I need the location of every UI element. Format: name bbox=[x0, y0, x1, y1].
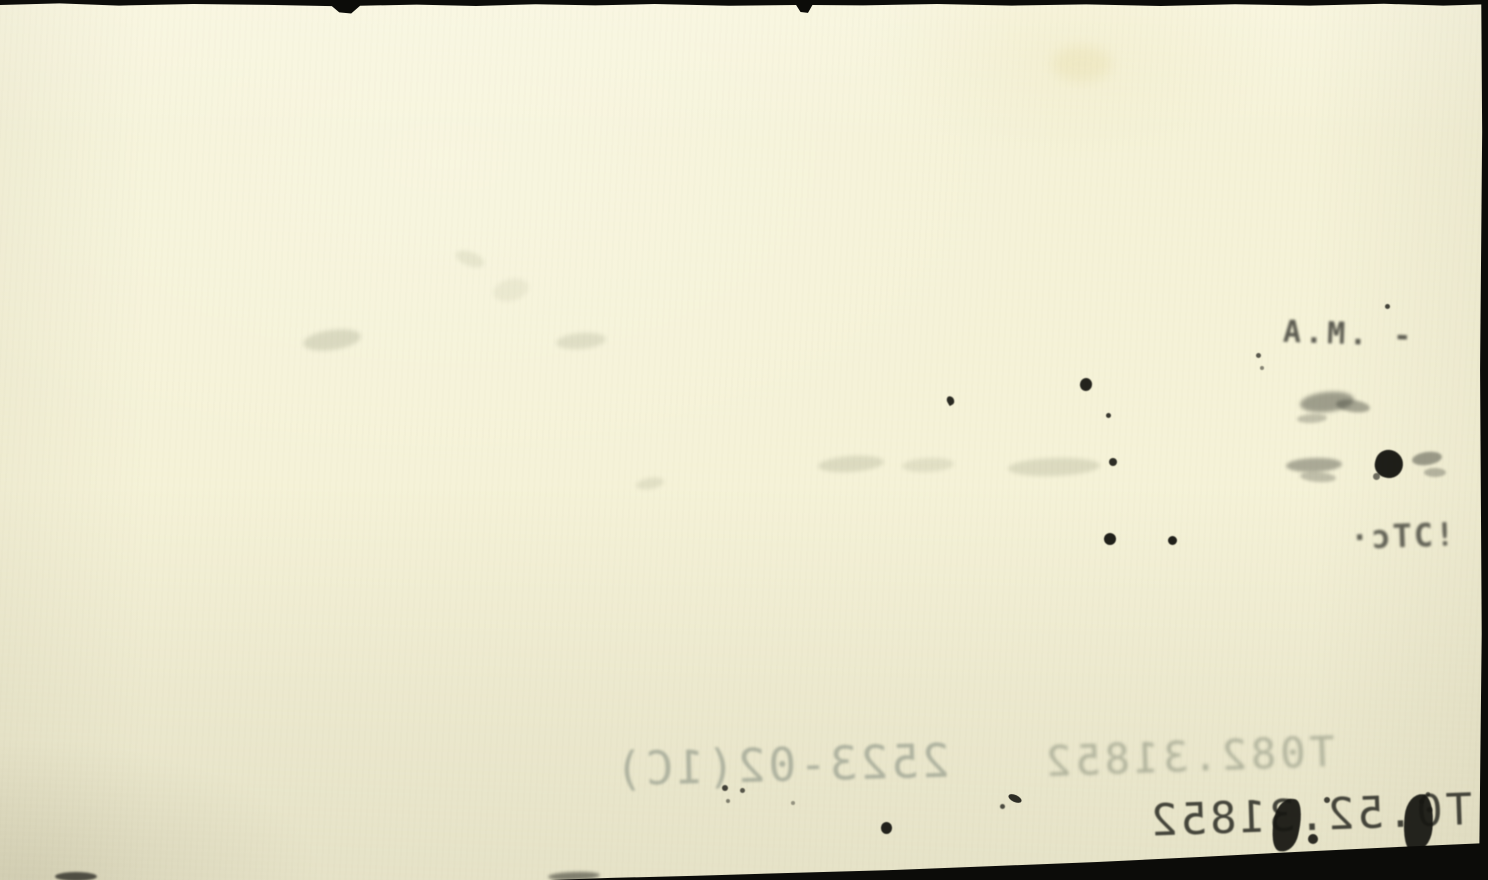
smudge-mid-a bbox=[818, 454, 885, 475]
bleed-number-upper-right: T082.31852 bbox=[1041, 731, 1335, 783]
ink-dot bbox=[1324, 797, 1330, 803]
smudge-mid-d bbox=[635, 476, 664, 492]
smudge-left-a bbox=[302, 326, 362, 354]
ink-dot bbox=[1308, 834, 1318, 844]
ink-dot bbox=[791, 801, 795, 805]
ink-dot bbox=[1373, 473, 1380, 480]
stain-yellow-top bbox=[1052, 46, 1112, 82]
smudge-am-line3-a bbox=[1286, 457, 1342, 473]
smudge-left-b bbox=[555, 331, 606, 351]
ink-dot bbox=[1385, 304, 1390, 309]
smudge-mid-b bbox=[902, 457, 955, 474]
ink-dot bbox=[740, 788, 745, 793]
smudge-dash-blob bbox=[1007, 792, 1023, 804]
smudge-specks-b bbox=[491, 275, 531, 306]
scanner-background: { "scan": { "palette": { "paper": "#f5f2… bbox=[0, 0, 1488, 880]
bleed-number-center: 2523-02(1C) bbox=[611, 738, 950, 793]
ink-dot bbox=[1104, 533, 1116, 545]
ink-dot bbox=[1079, 377, 1093, 392]
marks-layer: A.M. -·ɔTC!2523-02(1C)T082.31852T0.52.31… bbox=[0, 0, 1488, 880]
ink-dot bbox=[1109, 458, 1117, 466]
smudge-am-line2-c bbox=[1297, 413, 1327, 424]
ink-dot bbox=[881, 822, 892, 834]
smudge-am-line3-b bbox=[1300, 471, 1337, 483]
smudge-mid-c bbox=[1008, 456, 1101, 477]
smudge-am-line2-b bbox=[1335, 398, 1370, 415]
ink-dot bbox=[945, 394, 956, 405]
smudge-specks-a bbox=[454, 247, 487, 270]
ink-dot bbox=[1106, 413, 1111, 418]
smudge-am-line3-d bbox=[1424, 468, 1446, 477]
ink-dot bbox=[726, 799, 730, 803]
bleed-stamp-am-line: A.M. - bbox=[1283, 318, 1416, 353]
scanned-card: A.M. -·ɔTC!2523-02(1C)T082.31852T0.52.31… bbox=[0, 0, 1488, 880]
bleed-stamp-ptc-line: ·ɔTC! bbox=[1349, 518, 1456, 554]
ink-dot bbox=[722, 785, 728, 791]
smudge-am-line3-c bbox=[1411, 450, 1443, 467]
blob-bottom-left-edge bbox=[55, 872, 97, 880]
ink-dot bbox=[1000, 804, 1005, 809]
ink-dot bbox=[1260, 366, 1264, 370]
ink-dot bbox=[1168, 536, 1177, 545]
ink-dot bbox=[1256, 353, 1261, 358]
